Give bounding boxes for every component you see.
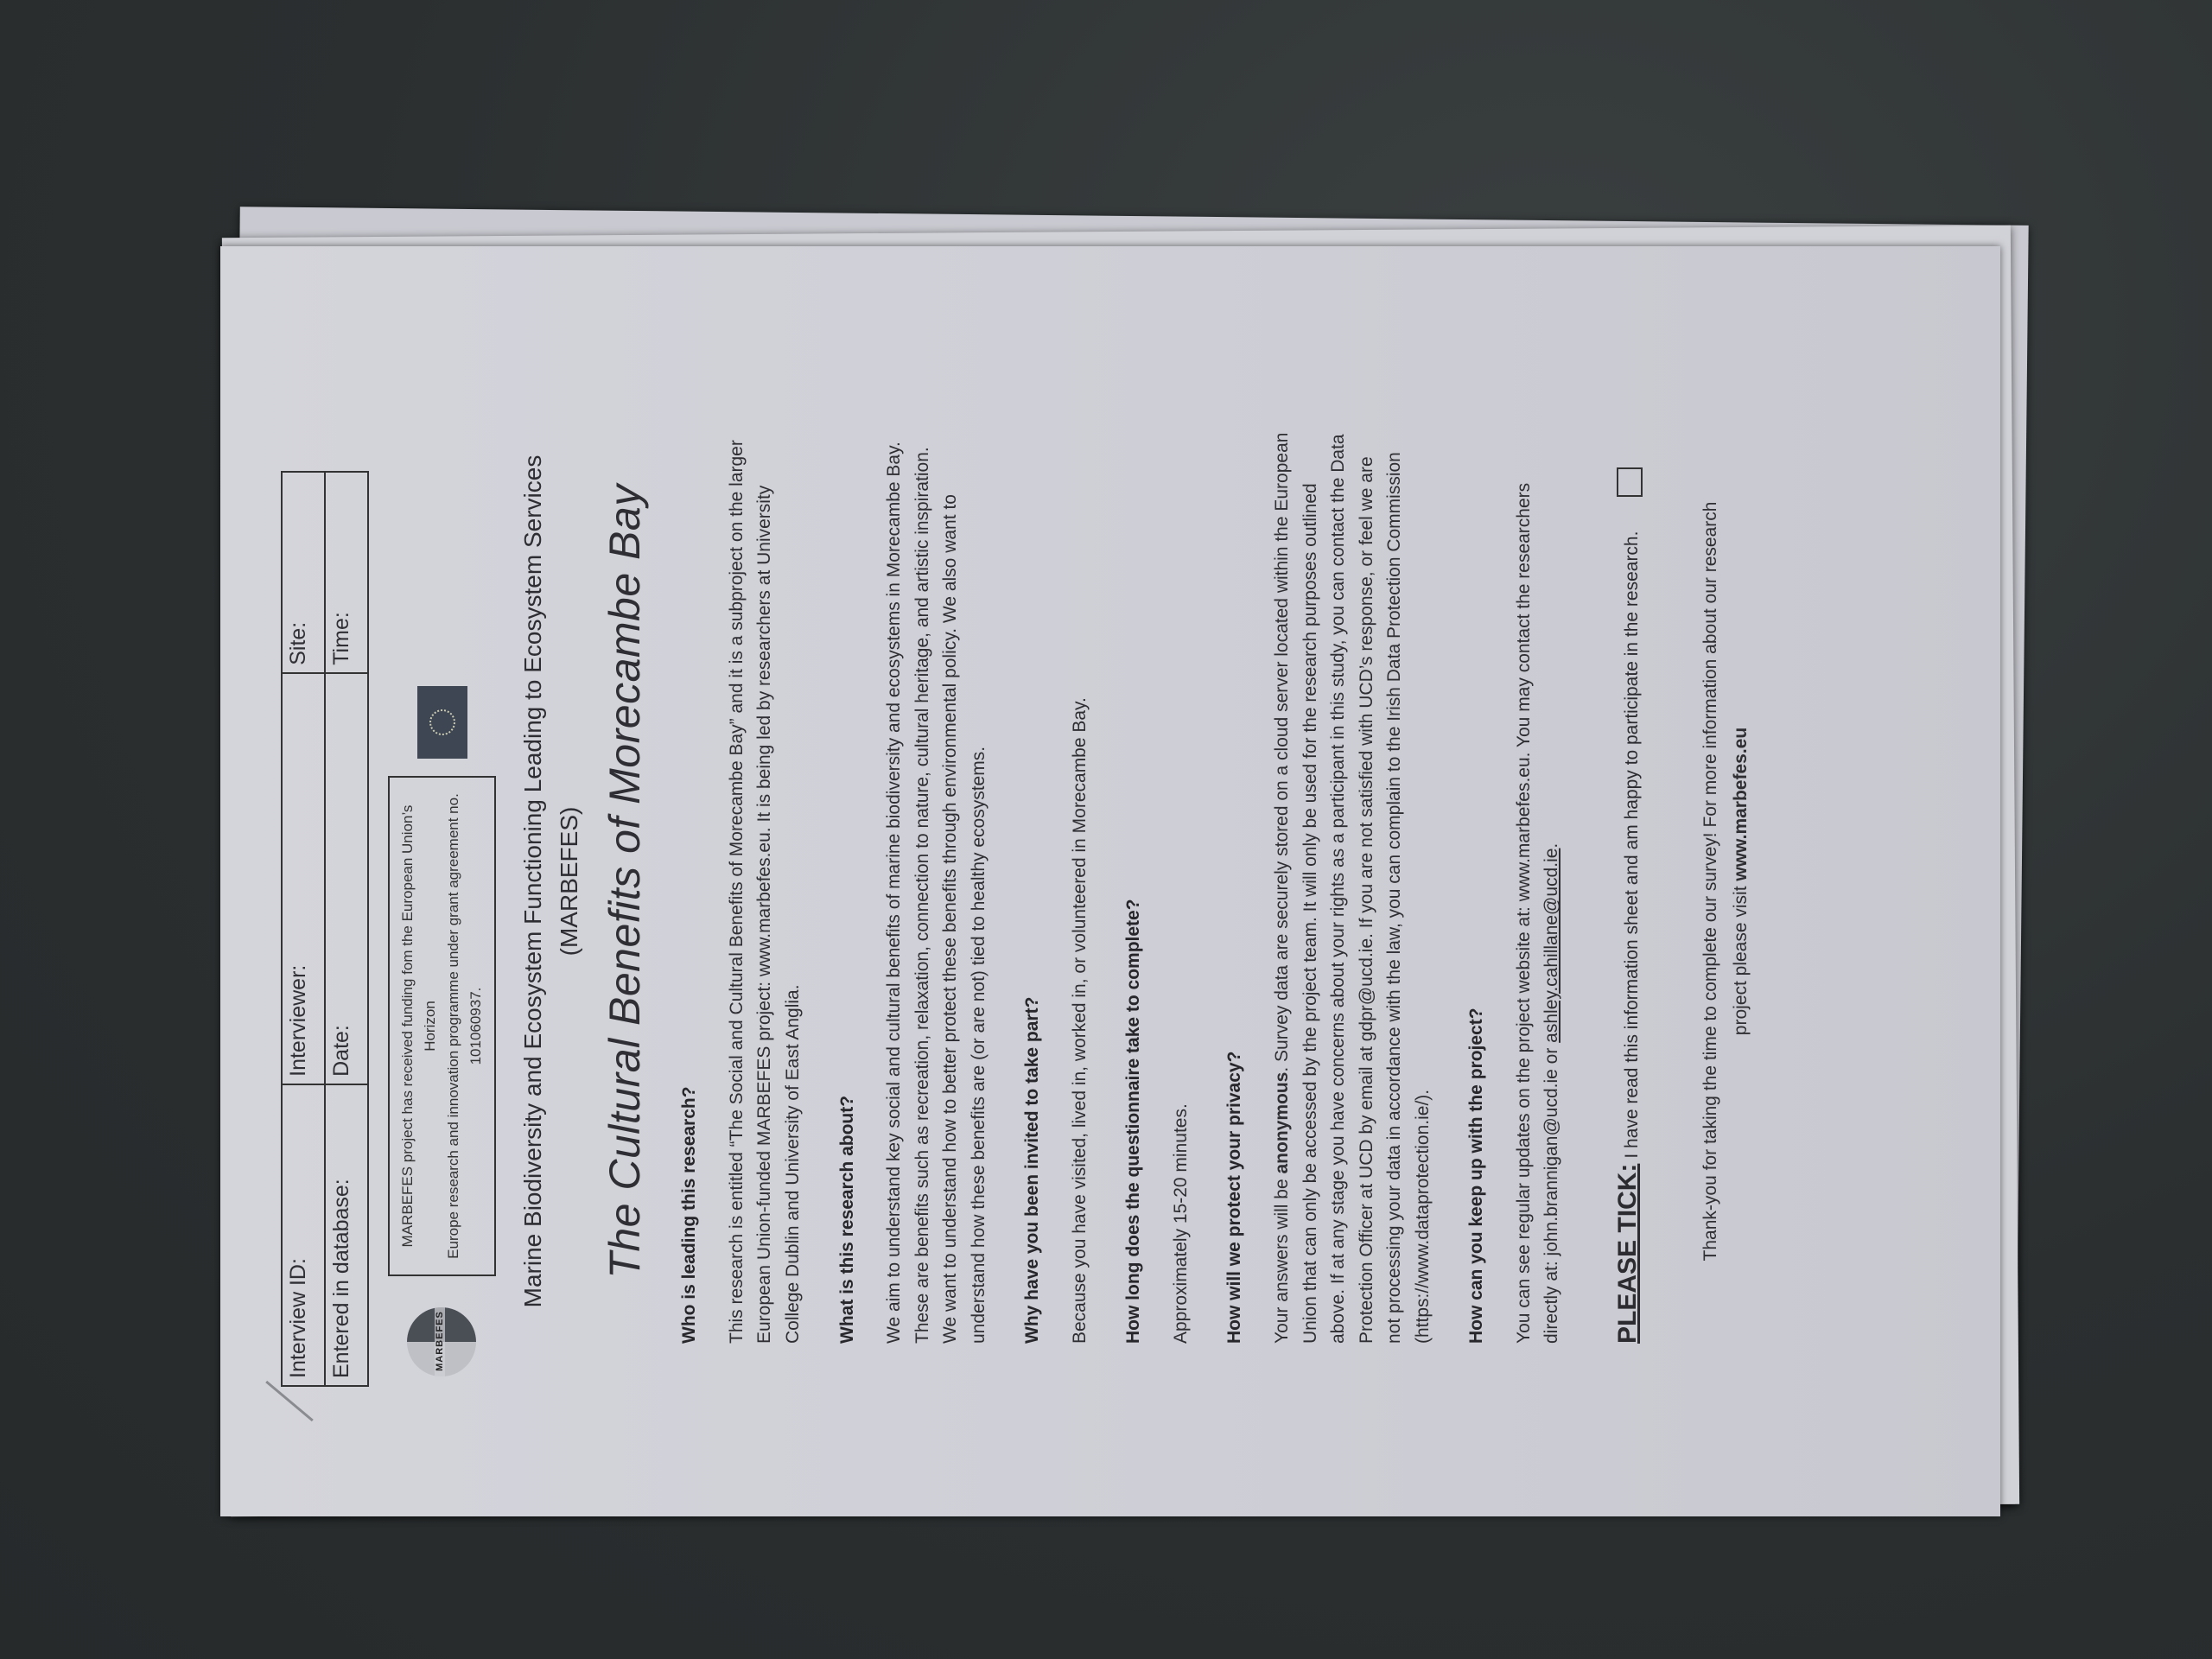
- section-research-about: What is this research about? We aim to u…: [834, 376, 994, 1387]
- body-text: Your answers will be: [1272, 1174, 1292, 1344]
- consent-checkbox[interactable]: [1617, 467, 1643, 497]
- section-privacy: How will we protect your privacy? Your a…: [1221, 376, 1437, 1387]
- footer-line: project please visit www.marbefes.eu: [1726, 376, 1757, 1387]
- entered-in-database-field[interactable]: Entered in database:: [325, 1084, 368, 1386]
- marbefes-logo-icon: MARBEFES: [404, 1302, 481, 1380]
- section-keep-up: How can you keep up with the project? Yo…: [1463, 376, 1567, 1387]
- date-field[interactable]: Date:: [325, 673, 368, 1084]
- funding-line: Europe research and innovation programme…: [442, 786, 465, 1266]
- section-heading: How can you keep up with the project?: [1463, 376, 1491, 1344]
- consent-label: PLEASE TICK:: [1613, 1164, 1643, 1344]
- section-body: We aim to understand key social and cult…: [880, 428, 993, 1344]
- section-body: Your answers will be anonymous. Survey d…: [1268, 428, 1437, 1344]
- section-body: Approximately 15-20 minutes.: [1167, 428, 1196, 1344]
- table-row: Entered in database: Date: Time:: [325, 472, 368, 1386]
- logo-text: MARBEFES: [435, 1302, 445, 1380]
- section-duration: How long does the questionnaire take to …: [1120, 376, 1195, 1387]
- section-body: This research is entitled “The Social an…: [723, 428, 808, 1344]
- interview-header-table: Interview ID: Interviewer: Site: Entered…: [281, 471, 369, 1387]
- section-heading: How long does the questionnaire take to …: [1120, 376, 1148, 1344]
- section-heading: Why have you been invited to take part?: [1019, 376, 1047, 1344]
- table-row: Interview ID: Interviewer: Site:: [282, 472, 325, 1386]
- section-who-leading: Who is leading this research? This resea…: [676, 376, 807, 1387]
- body-text: . Survey data are securely stored on a c…: [1272, 433, 1433, 1344]
- interview-id-field[interactable]: Interview ID:: [282, 1084, 325, 1386]
- section-heading: How will we protect your privacy?: [1221, 376, 1249, 1344]
- time-field[interactable]: Time:: [325, 472, 368, 673]
- funding-line: MARBEFES project has received funding fo…: [397, 786, 442, 1266]
- eu-stars-icon: [429, 709, 455, 735]
- anonymous-emphasis: anonymous: [1272, 1072, 1292, 1174]
- funding-row: MARBEFES MARBEFES project has received f…: [388, 376, 496, 1380]
- footer-line: Thank-you for taking the time to complet…: [1696, 376, 1726, 1387]
- researcher-email-link[interactable]: ashley.cahillane@ucd.ie: [1541, 849, 1561, 1043]
- body-text: .: [1541, 843, 1561, 849]
- footer-text: project please visit: [1731, 881, 1751, 1036]
- project-full-name: Marine Biodiversity and Ecosystem Functi…: [515, 376, 551, 1387]
- project-name: Marine Biodiversity and Ecosystem Functi…: [515, 376, 588, 1387]
- grant-number: 101060937.: [465, 786, 487, 1266]
- section-heading: What is this research about?: [834, 376, 862, 1344]
- eu-flag-icon: [417, 686, 467, 759]
- interviewer-field[interactable]: Interviewer:: [282, 673, 325, 1084]
- page-title: The Cultural Benefits of Morecambe Bay: [600, 376, 650, 1387]
- project-acronym: (MARBEFES): [551, 376, 588, 1387]
- consent-text: I have read this information sheet and a…: [1622, 531, 1643, 1159]
- funding-notice: MARBEFES project has received funding fo…: [388, 776, 496, 1276]
- consent-row: PLEASE TICK: I have read this informatio…: [1613, 376, 1643, 1387]
- site-field[interactable]: Site:: [282, 472, 325, 673]
- section-body: Because you have visited, lived in, work…: [1066, 428, 1095, 1344]
- information-sheet-page: Interview ID: Interviewer: Site: Entered…: [220, 246, 2000, 1516]
- section-why-invited: Why have you been invited to take part? …: [1019, 376, 1094, 1387]
- footer-thanks: Thank-you for taking the time to complet…: [1696, 376, 1756, 1387]
- section-body: You can see regular updates on the proje…: [1510, 428, 1567, 1344]
- section-heading: Who is leading this research?: [676, 376, 704, 1344]
- website-link[interactable]: www.marbefes.eu: [1731, 728, 1751, 881]
